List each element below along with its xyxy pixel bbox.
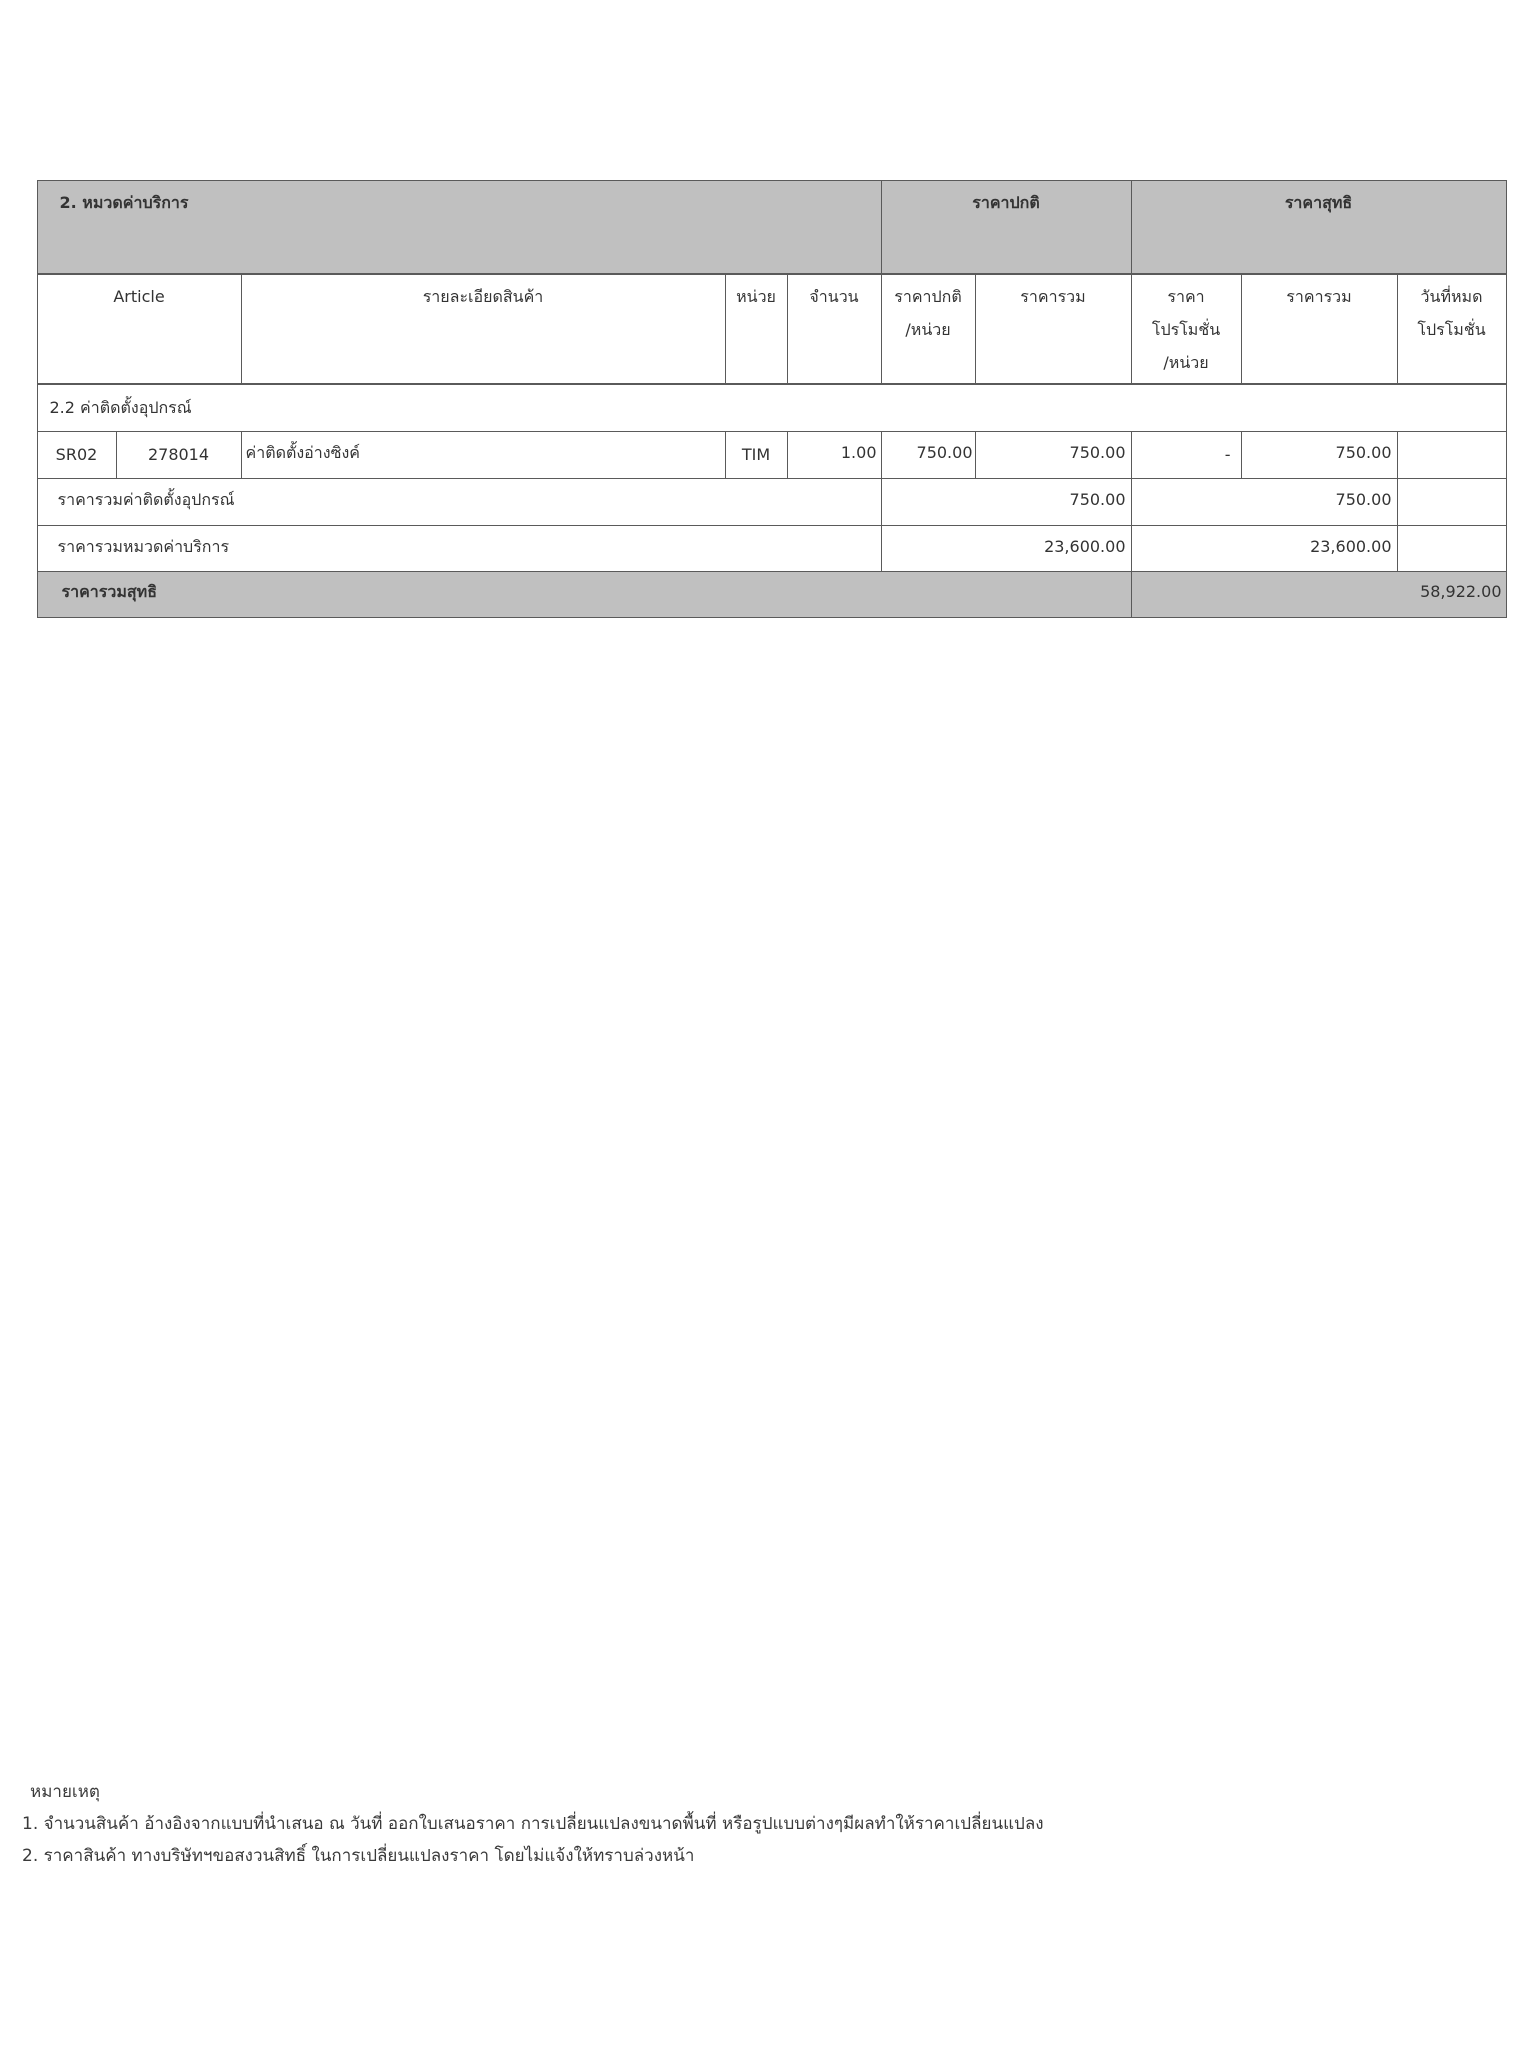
- column-header-article: Article: [37, 274, 242, 384]
- notes-section: หมายเหตุ 1. จำนวนสินค้า อ้างอิงจากแบบที่…: [22, 1776, 1044, 1872]
- category-total-net: 23,600.00: [1131, 525, 1398, 572]
- group-header-regular-price: ราคาปกติ: [881, 180, 1132, 274]
- header-line: โปรโมชั่น: [1404, 313, 1500, 346]
- column-header-promo-end: วันที่หมด โปรโมชั่น: [1397, 274, 1507, 384]
- category-total-label: ราคารวมหมวดค่าบริการ: [37, 525, 882, 572]
- item-article: 278014: [116, 431, 242, 479]
- empty-cell: [1397, 525, 1507, 572]
- section-title: 2.2 ค่าติดตั้งอุปกรณ์: [37, 384, 1507, 432]
- empty-cell: [1397, 478, 1507, 526]
- column-header-quantity: จำนวน: [787, 274, 882, 384]
- column-header-regular-price-per-unit: ราคาปกติ /หน่วย: [881, 274, 976, 384]
- item-net-total: 750.00: [1241, 431, 1398, 479]
- item-description: ค่าติดตั้งอ่างซิงค์: [241, 431, 726, 479]
- header-line: วันที่หมด: [1404, 280, 1500, 313]
- item-promo-price: -: [1131, 431, 1242, 479]
- category-total-regular: 23,600.00: [881, 525, 1132, 572]
- header-line: ราคาปกติ: [888, 280, 969, 313]
- section-subtotal-net: 750.00: [1131, 478, 1398, 526]
- quotation-table: 2. หมวดค่าบริการ ราคาปกติ ราคาสุทธิ Arti…: [37, 180, 1507, 618]
- header-line: โปรโมชั่น: [1138, 313, 1235, 346]
- column-header-promo-price: ราคา โปรโมชั่น /หน่วย: [1131, 274, 1242, 384]
- header-line: ราคา: [1138, 280, 1235, 313]
- section-subtotal-label: ราคารวมค่าติดตั้งอุปกรณ์: [37, 478, 882, 526]
- section-subtotal-regular: 750.00: [881, 478, 1132, 526]
- item-regular-price-per-unit: 750.00: [881, 431, 976, 479]
- column-header-description: รายละเอียดสินค้า: [241, 274, 726, 384]
- header-line: /หน่วย: [1138, 346, 1235, 379]
- header-line: /หน่วย: [888, 313, 969, 346]
- column-header-unit: หน่วย: [725, 274, 788, 384]
- item-regular-total: 750.00: [975, 431, 1132, 479]
- group-header-net-price: ราคาสุทธิ: [1131, 180, 1507, 274]
- notes-heading: หมายเหตุ: [22, 1776, 1044, 1808]
- item-promo-end: [1397, 431, 1507, 479]
- item-unit: TIM: [725, 431, 788, 479]
- note-item: 1. จำนวนสินค้า อ้างอิงจากแบบที่นำเสนอ ณ …: [22, 1808, 1044, 1840]
- column-header-regular-total: ราคารวม: [975, 274, 1132, 384]
- grand-total-value: 58,922.00: [1131, 571, 1507, 618]
- item-quantity: 1.00: [787, 431, 882, 479]
- grand-total-label: ราคารวมสุทธิ: [37, 571, 1132, 618]
- column-header-net-total: ราคารวม: [1241, 274, 1398, 384]
- category-title: 2. หมวดค่าบริการ: [37, 180, 882, 274]
- item-code: SR02: [37, 431, 117, 479]
- note-item: 2. ราคาสินค้า ทางบริษัทฯขอสงวนสิทธิ์ ในก…: [22, 1840, 1044, 1872]
